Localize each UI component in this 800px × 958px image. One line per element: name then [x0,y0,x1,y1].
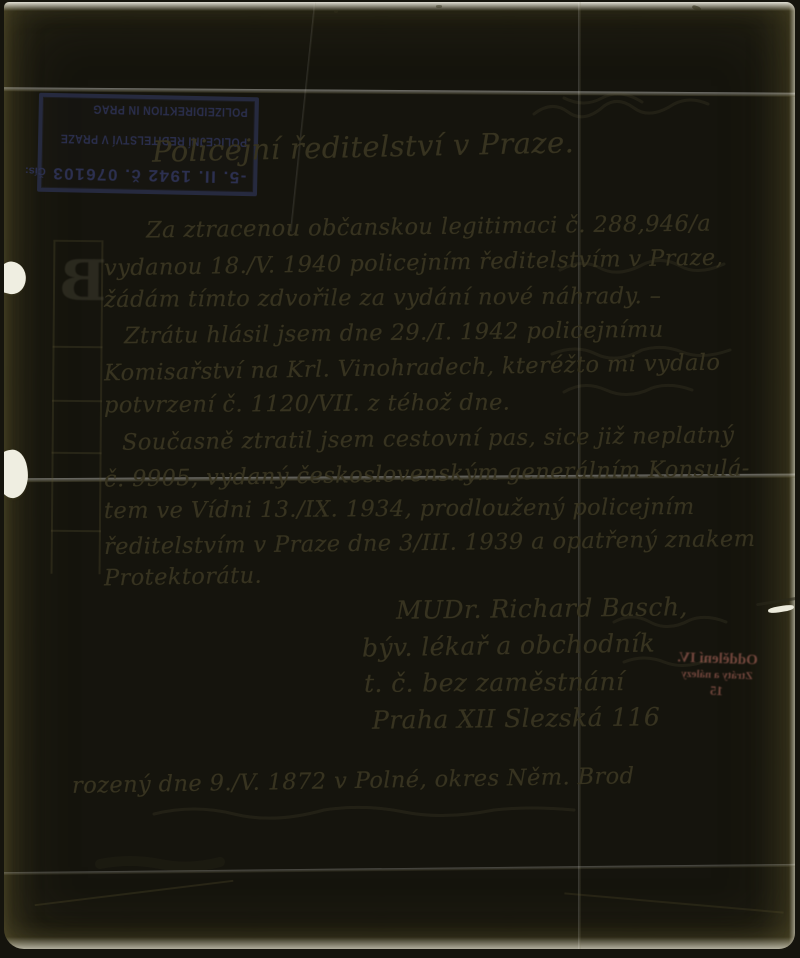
fold-crease-bottom [4,864,795,875]
birth-info-line: rozený dne 9./V. 1872 v Polné, okres Něm… [72,763,635,799]
letter-line: Současně ztratil jsem cestovní pas, sice… [122,422,735,455]
bleedthrough-table-grid: B [51,240,104,574]
letter-line: č. 9905, vydaný československým generáln… [104,455,750,492]
bleedthrough-grid-line [52,400,102,402]
letter-line: Ztrátu hlásil jsem dne 29./I. 1942 polic… [124,317,664,350]
letter-line: potvrzení č. 1120/VII. z téhož dne. [104,390,510,419]
crease-diagonal-bottom-right [564,892,783,913]
bleedthrough-grid-line [52,452,102,454]
edge-tear-left-lower [4,448,32,500]
signature-name: MUDr. Richard Basch, [396,592,688,625]
paper-edge-bottom [4,937,795,949]
stamp-german-line: POLIZEIDIREKTION IN PRAG [50,101,248,119]
bleedthrough-grid-line [53,346,103,348]
letter-line: Protektorátu. [104,563,263,592]
signature-status: t. č. bez zaměstnání [364,667,625,698]
bleedthrough-letter-b: B [59,248,107,314]
crease-diagonal-top [290,3,316,232]
letter-line: Za ztracenou občanskou legitimaci č. 288… [146,211,711,244]
paper-sheet: B -5. II. 1942 č. 076103Čís: POLICEJNÍ Ř… [4,2,795,949]
bleedthrough-grid-line [51,530,101,532]
ink-speck [436,5,442,8]
letter-line: Komisařství na Krl. Vinohradech, kteréžt… [104,350,721,387]
document-scan: B -5. II. 1942 č. 076103Čís: POLICEJNÍ Ř… [0,0,800,958]
bleedthrough-red-stamp: Oddělení IV. Ztráty a nálezy 15 [651,648,783,701]
paper-edge-top [4,2,795,11]
letter-line: tem ve Vídni 13./IX. 1934, prodloužený p… [104,494,695,524]
ink-speck [334,10,338,13]
signature-address: Praha XII Slezská 116 [372,702,661,735]
stamp-cis-label: Čís: [25,164,46,176]
signature-occupation: býv. lékař a obchodník [362,628,655,662]
letter-line: vydanou 18./V. 1940 policejním ředitelst… [104,245,724,282]
paper-edge-right [789,2,795,949]
crease-diagonal-bottom-left [35,880,234,906]
stamp-date-number: -5. II. 1942 č. 076103 [52,164,247,187]
edge-tear-left-upper [4,259,29,297]
letter-line: ředitelstvím v Praze dne 3/III. 1939 a o… [104,526,756,560]
red-stamp-number: 15 [651,680,781,701]
letter-line: žádám tímto zdvořile za vydání nové náhr… [104,283,662,313]
